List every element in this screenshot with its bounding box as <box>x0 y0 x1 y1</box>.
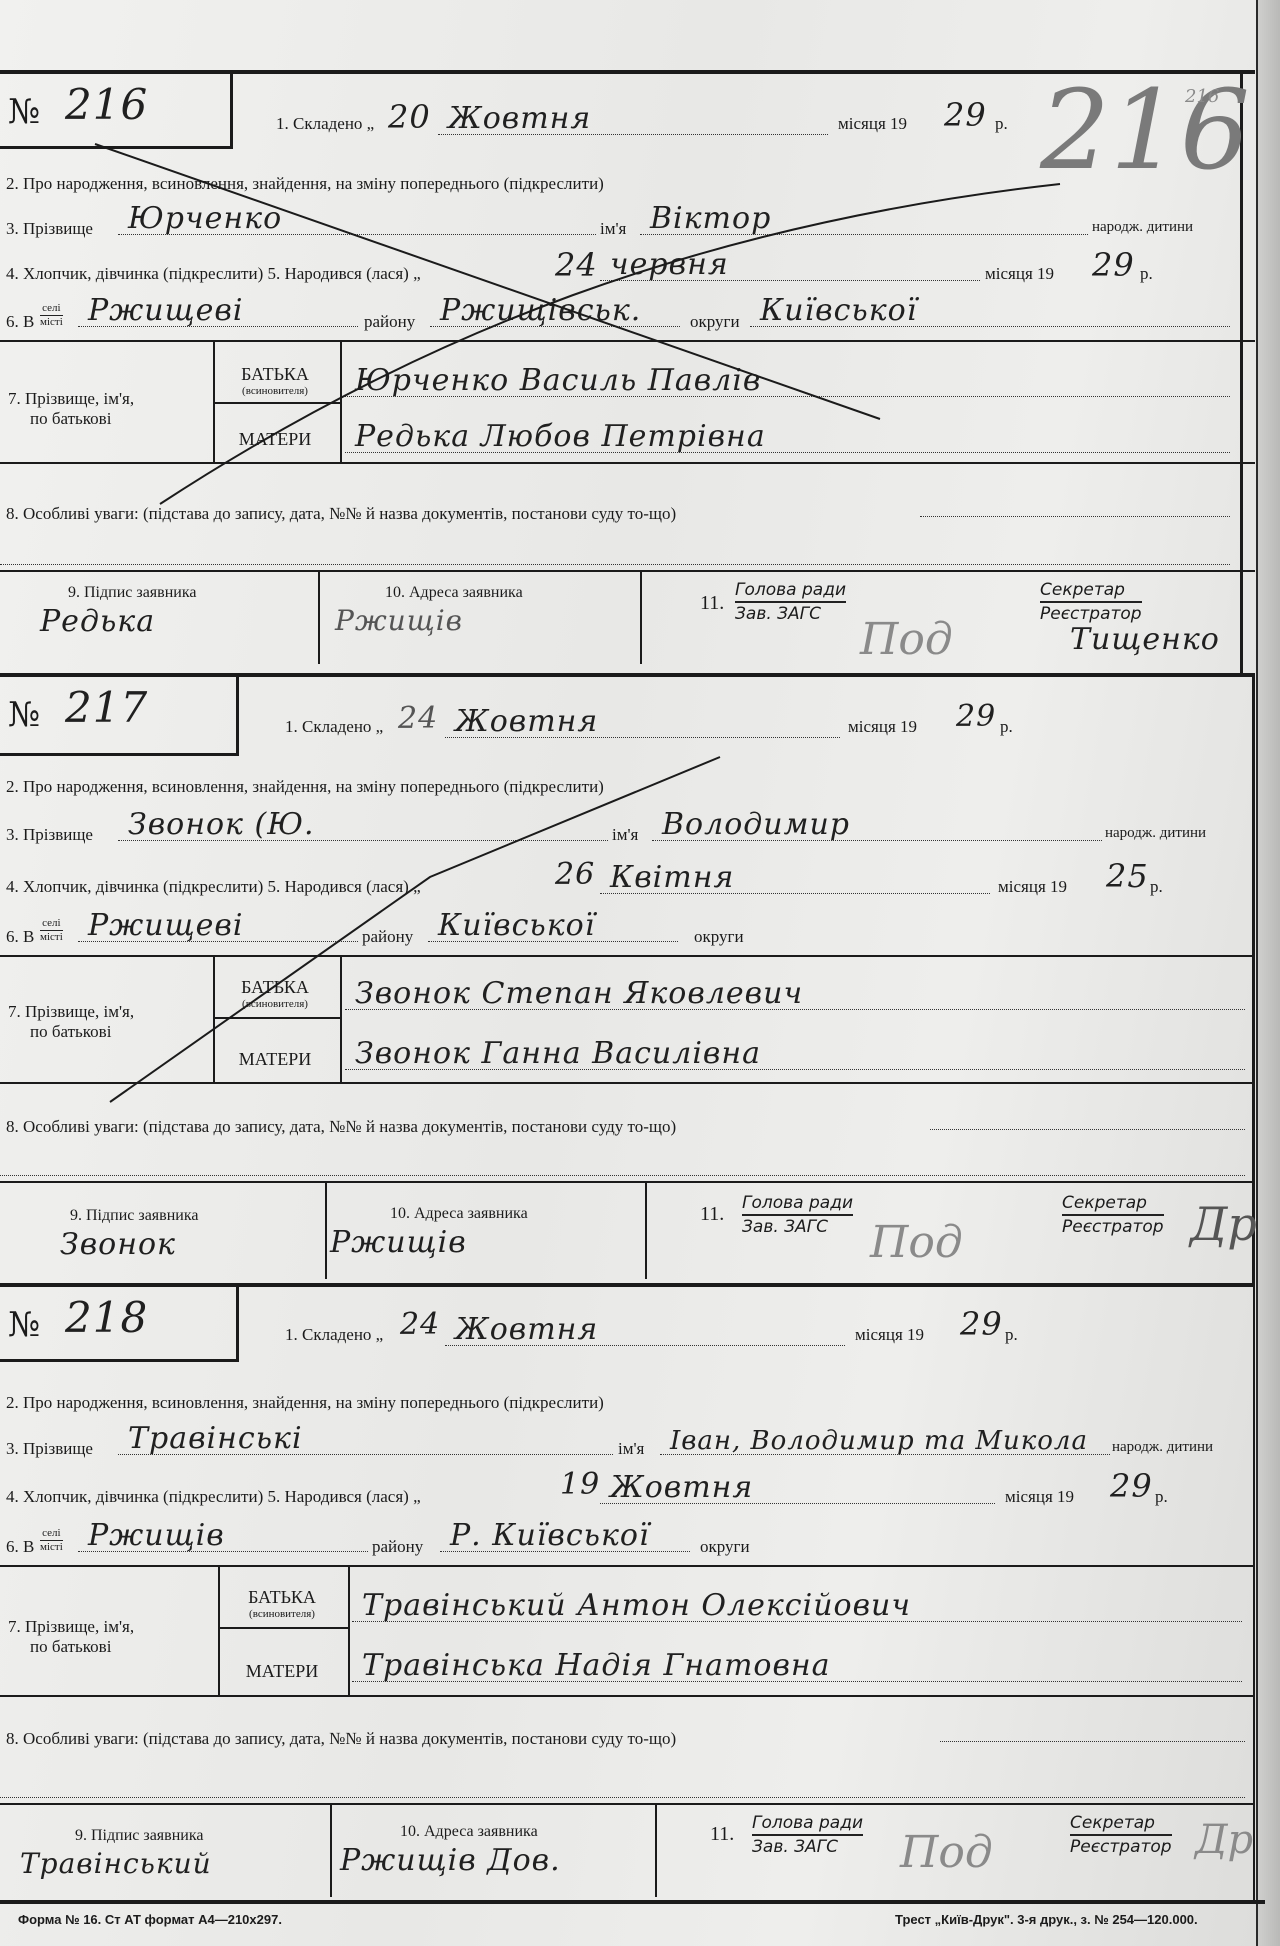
birth-month-field: Жовтня <box>600 1473 995 1504</box>
applicant-address: Ржищів Дов. <box>340 1843 561 1878</box>
record-217: № 217 1. Складено „ 24 Жовтня місяця 19 … <box>0 673 1255 1287</box>
okruha-label: округи <box>690 312 740 332</box>
applicant-address-label: 10. Адреса заявника <box>390 1205 528 1223</box>
father-label: БАТЬКА(всиновителя) <box>225 977 325 1010</box>
surname-field: Звонок (Ю. <box>118 810 608 841</box>
birth-month-field: червня <box>600 250 980 281</box>
year-suffix: р. <box>1155 1487 1168 1507</box>
applicant-address-label: 10. Адреса заявника <box>385 584 523 602</box>
record-type-label: 2. Про народження, всиновлення, знайденн… <box>6 174 604 194</box>
record-number: 216 <box>65 80 148 129</box>
surname-field: Юрченко <box>118 204 596 235</box>
mother-field: Редька Любов Петрівна <box>345 422 1230 453</box>
record-number-box: № 216 <box>0 74 233 149</box>
surname-field: Травінські <box>118 1424 613 1455</box>
child-label: народж. дитини <box>1105 825 1206 842</box>
name-field: Іван, Володимир та Микола <box>660 1424 1110 1455</box>
compiled-label: 1. Складено „ <box>285 717 383 737</box>
surname-label: 3. Прізвище <box>6 219 93 239</box>
record-216: № 216 1. Складено „ 20 Жовтня місяця 19 … <box>0 70 1255 674</box>
mother-label: МАТЕРИ <box>232 1661 332 1682</box>
compiled-year-label: місяця 19 <box>848 717 917 737</box>
father-field: Юрченко Василь Павлів <box>345 366 1230 397</box>
record-number-box: № 217 <box>0 677 239 756</box>
number-sign: № <box>8 695 40 735</box>
notes-field-2 <box>0 1777 1245 1798</box>
name-label: ім'я <box>618 1439 644 1459</box>
applicant-signature: Звонок <box>60 1227 176 1262</box>
mother-field: Травінська Надія Гнатовна <box>352 1651 1242 1682</box>
place-label: 6. В <box>6 1537 34 1557</box>
notes-label: 8. Особливі уваги: (підстава до запису, … <box>6 1729 676 1749</box>
secretary-signature-pencil: Др <box>1190 1197 1257 1251</box>
notes-field <box>920 496 1230 517</box>
applicant-signature: Травінський <box>20 1847 212 1880</box>
village-field: Ржищів <box>78 1521 368 1552</box>
birth-year: 29 <box>1110 1467 1153 1505</box>
parents-label: 7. Прізвище, ім'я,по батькові <box>8 1617 134 1657</box>
place-label: 6. В <box>6 312 34 332</box>
year-suffix: р. <box>1005 1325 1018 1345</box>
printer-footer: Трест „Київ-Друк". 3-я друк., з. № 254—1… <box>895 1912 1198 1927</box>
number-sign: № <box>8 92 40 132</box>
father-label: БАТЬКА(всиновителя) <box>225 364 325 397</box>
village-field: Ржищеві <box>78 296 358 327</box>
applicant-address: Ржищів <box>330 1225 467 1260</box>
okruha-field: Київської <box>750 296 1230 327</box>
secretary-signature-pencil: Др <box>1195 1817 1253 1863</box>
notes-label: 8. Особливі уваги: (підстава до запису, … <box>6 504 676 524</box>
compiled-year: 29 <box>960 1305 1003 1343</box>
name-field: Віктор <box>640 204 1088 235</box>
record-number: 218 <box>65 1293 148 1342</box>
child-label: народж. дитини <box>1112 1439 1213 1456</box>
parents-label: 7. Прізвище, ім'я,по батькові <box>8 1002 134 1042</box>
year-suffix: р. <box>1150 877 1163 897</box>
applicant-signature-label: 9. Підпис заявника <box>70 1207 198 1225</box>
compiled-year-label: місяця 19 <box>838 114 907 134</box>
record-border <box>1252 677 1255 1287</box>
compiled-month-field: Жовтня <box>445 707 840 738</box>
birth-year: 29 <box>1092 246 1135 284</box>
village-field: Ржищеві <box>78 911 358 942</box>
head-label: Голова радиЗав. ЗАГС <box>742 1192 853 1238</box>
birth-day: 24 <box>555 246 598 284</box>
compiled-label: 1. Складено „ <box>276 114 374 134</box>
notes-field-2 <box>0 544 1230 565</box>
place-fraction: селімісті <box>40 1527 63 1554</box>
name-label: ім'я <box>600 219 626 239</box>
compiled-year: 29 <box>944 96 987 134</box>
applicant-address: Ржищів <box>335 604 463 637</box>
place-fraction: селімісті <box>40 917 63 944</box>
applicant-signature-label: 9. Підпис заявника <box>75 1827 203 1845</box>
record-218: № 218 1. Складено „ 24 Жовтня місяця 19 … <box>0 1283 1255 1902</box>
compiled-label: 1. Складено „ <box>285 1325 383 1345</box>
bottom-rule <box>0 1900 1265 1904</box>
birth-year-label: місяця 19 <box>1005 1487 1074 1507</box>
notes-field <box>930 1109 1245 1130</box>
head-label: Голова радиЗав. ЗАГС <box>735 579 846 625</box>
record-number-box: № 218 <box>0 1287 239 1362</box>
secretary-label: СекретарРеєстратор <box>1070 1812 1172 1858</box>
birth-month-field: Квітня <box>600 863 990 894</box>
gender-birth-label: 4. Хлопчик, дівчинка (підкреслити) 5. На… <box>6 877 421 897</box>
surname-label: 3. Прізвище <box>6 825 93 845</box>
year-suffix: р. <box>1000 717 1013 737</box>
district-label: району <box>362 927 413 947</box>
head-label: Голова радиЗав. ЗАГС <box>752 1812 863 1858</box>
birth-year: 25 <box>1106 857 1149 895</box>
okruha-label: округи <box>694 927 744 947</box>
pencil-mark-small: 216 <box>1185 86 1219 107</box>
notes-field <box>940 1721 1245 1742</box>
record-type-label: 2. Про народження, всиновлення, знайденн… <box>6 777 604 797</box>
district-label: району <box>364 312 415 332</box>
applicant-signature-label: 9. Підпис заявника <box>68 584 196 602</box>
head-signature-pencil: Под <box>870 1217 963 1268</box>
compiled-year: 29 <box>956 699 996 734</box>
year-suffix: р. <box>1140 264 1153 284</box>
parents-label: 7. Прізвище, ім'я,по батькові <box>8 389 134 429</box>
place-fraction: селімісті <box>40 302 63 329</box>
father-field: Звонок Степан Яковлевич <box>345 979 1245 1010</box>
birth-year-label: місяця 19 <box>985 264 1054 284</box>
name-field: Володимир <box>652 810 1102 841</box>
mother-label: МАТЕРИ <box>225 1049 325 1070</box>
compiled-day: 24 <box>398 701 438 736</box>
district-field: Київської <box>428 911 678 942</box>
secretary-signature: Тищенко <box>1070 622 1220 657</box>
birth-day: 19 <box>560 1467 600 1502</box>
mother-field: Звонок Ганна Василівна <box>345 1039 1245 1070</box>
father-field: Травінський Антон Олексійович <box>352 1591 1242 1622</box>
place-label: 6. В <box>6 927 34 947</box>
mother-label: МАТЕРИ <box>225 429 325 450</box>
compiled-year-label: місяця 19 <box>855 1325 924 1345</box>
head-signature-pencil: Под <box>900 1827 993 1878</box>
head-signature-pencil: Под <box>860 614 953 665</box>
notes-label: 8. Особливі уваги: (підстава до запису, … <box>6 1117 676 1137</box>
birth-day: 26 <box>555 857 595 892</box>
gender-birth-label: 4. Хлопчик, дівчинка (підкреслити) 5. На… <box>6 1487 421 1507</box>
surname-label: 3. Прізвище <box>6 1439 93 1459</box>
record-type-label: 2. Про народження, всиновлення, знайденн… <box>6 1393 604 1413</box>
birth-year-label: місяця 19 <box>998 877 1067 897</box>
district-label: району <box>372 1537 423 1557</box>
record-border <box>1253 1287 1255 1902</box>
compiled-month-field: Жовтня <box>438 104 828 135</box>
gender-birth-label: 4. Хлопчик, дівчинка (підкреслити) 5. На… <box>6 264 421 284</box>
compiled-day: 24 <box>400 1307 440 1342</box>
secretary-label: СекретарРеєстратор <box>1062 1192 1164 1238</box>
father-label: БАТЬКА(всиновителя) <box>232 1587 332 1620</box>
form-number-footer: Форма № 16. Ст АТ формат А4—210х297. <box>18 1912 282 1927</box>
applicant-address-label: 10. Адреса заявника <box>400 1823 538 1841</box>
record-number: 217 <box>65 683 148 732</box>
okruha-label: округи <box>700 1537 750 1557</box>
district-field: Р. Київської <box>440 1521 690 1552</box>
notes-field-2 <box>0 1155 1245 1176</box>
compiled-month-field: Жовтня <box>445 1315 845 1346</box>
year-suffix: р. <box>995 114 1008 134</box>
district-field: Ржищівськ. <box>430 296 680 327</box>
child-label: народж. дитини <box>1092 219 1193 236</box>
compiled-day: 20 <box>388 98 431 136</box>
page-edge <box>1256 0 1280 1946</box>
secretary-label: СекретарРеєстратор <box>1040 579 1142 625</box>
number-sign: № <box>8 1305 40 1345</box>
name-label: ім'я <box>612 825 638 845</box>
applicant-signature: Редька <box>40 604 155 639</box>
